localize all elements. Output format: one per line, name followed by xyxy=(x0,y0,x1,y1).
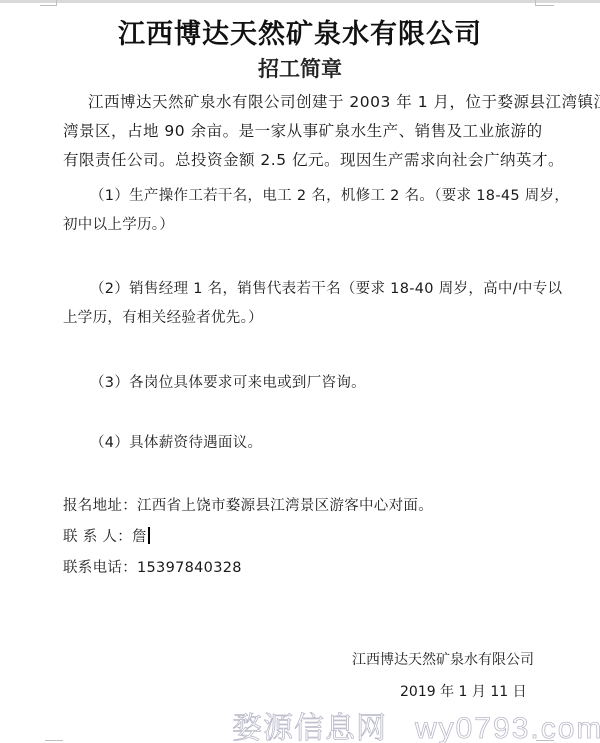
watermark-url: wy0793.com xyxy=(415,712,600,743)
margin-corner-mark-top-left xyxy=(40,5,56,6)
watermark-site-name: 婺源信息网 xyxy=(232,711,387,743)
intro-line-3: 有限责任公司。总投资金额 2.5 亿元。现因生产需求向社会广纳英才。 xyxy=(63,148,564,170)
margin-corner-mark-bottom-left xyxy=(45,740,63,741)
person-value[interactable]: 詹 xyxy=(132,529,147,545)
item-1-line-2: 初中以上学历。） xyxy=(63,213,174,234)
margin-corner-mark-top-right-vertical xyxy=(535,0,536,6)
intro-line-1: 江西博达天然矿泉水有限公司创建于 2003 年 1 月，位于婺源县江湾镇江 xyxy=(88,90,600,112)
person-label: 联 系 人： xyxy=(63,529,132,545)
item-2-line-1: （2）销售经理 1 名，销售代表若干名（要求 18-40 周岁，高中/中专以 xyxy=(90,277,562,298)
phone-label: 联系电话： xyxy=(63,560,137,576)
contact-phone: 联系电话：15397840328 xyxy=(63,556,242,577)
item-2-line-2: 上学历，有相关经验者优先。） xyxy=(63,306,263,327)
phone-value: 15397840328 xyxy=(137,560,242,576)
item-4-line-1: （4）具体薪资待遇面议。 xyxy=(90,431,262,452)
contact-person: 联 系 人：詹 xyxy=(63,525,150,546)
watermark: 婺源信息网wy0793.com xyxy=(232,703,600,743)
address-value: 江西省上饶市婺源县江湾景区游客中心对面。 xyxy=(137,498,433,514)
contact-address: 报名地址：江西省上饶市婺源县江湾景区游客中心对面。 xyxy=(63,494,433,515)
signature-company: 江西博达天然矿泉水有限公司 xyxy=(352,649,534,669)
page-top-edge xyxy=(0,0,600,3)
document-title: 江西博达天然矿泉水有限公司 xyxy=(0,12,600,51)
intro-line-2: 湾景区，占地 90 余亩。是一家从事矿泉水生产、销售及工业旅游的 xyxy=(63,119,543,141)
margin-corner-mark-top-left-vertical xyxy=(56,0,57,6)
margin-corner-mark-top-right xyxy=(536,5,554,6)
address-label: 报名地址： xyxy=(63,498,137,514)
signature-date: 2019 年 1 月 11 日 xyxy=(400,681,527,701)
item-3-line-1: （3）各岗位具体要求可来电或到厂咨询。 xyxy=(90,371,366,392)
text-cursor xyxy=(148,527,150,544)
document-subtitle: 招工简章 xyxy=(0,53,600,83)
margin-corner-mark-bottom-right xyxy=(536,740,554,741)
item-1-line-1: （1）生产操作工若干名，电工 2 名，机修工 2 名。（要求 18-45 周岁， xyxy=(90,184,569,205)
